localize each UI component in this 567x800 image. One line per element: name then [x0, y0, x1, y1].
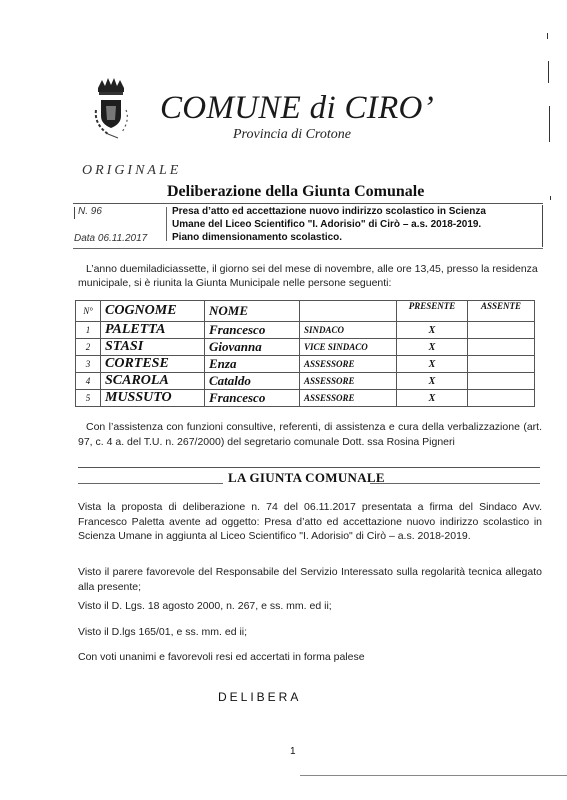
member-cognome: PALETTA [101, 322, 205, 339]
comune-title: COMUNE di CIRO’ [160, 90, 434, 127]
section-title: LA GIUNTA COMUNALE [228, 470, 385, 486]
scan-artifact-mark [550, 196, 551, 200]
deliberation-date: Data 06.11.2017 [74, 233, 147, 244]
column-header-nome: NOME [205, 301, 300, 322]
document-type-title: Deliberazione della Giunta Comunale [167, 183, 424, 201]
scan-artifact-mark [547, 33, 548, 39]
section-rule [370, 483, 540, 484]
coat-of-arms-icon [88, 76, 134, 142]
member-cognome: CORTESE [101, 356, 205, 373]
intro-paragraph: L’anno duemiladiciassette, il giorno sei… [78, 262, 548, 290]
member-number: 1 [76, 322, 101, 339]
table-header-row: N° COGNOME NOME PRESENTE ASSENTE [76, 301, 535, 322]
con-voti-paragraph: Con voti unanimi e favorevoli resi ed ac… [78, 650, 542, 665]
section-rule [78, 483, 223, 484]
member-nome: Francesco [205, 390, 300, 407]
vista-proposta-paragraph: Vista la proposta di deliberazione n. 74… [78, 500, 542, 544]
column-header-ruolo [300, 301, 397, 322]
subject-line: Piano dimensionamento scolastico. [172, 232, 342, 243]
visto-parere-paragraph: Visto il parere favorevole del Responsab… [78, 565, 542, 594]
members-table: N° COGNOME NOME PRESENTE ASSENTE 1PALETT… [75, 300, 535, 407]
column-header-number: N° [76, 301, 101, 322]
member-cognome: SCAROLA [101, 373, 205, 390]
table-row: 1PALETTAFrancescoSINDACOX [76, 322, 535, 339]
member-ruolo: ASSESSORE [300, 356, 397, 373]
scan-artifact-line [300, 775, 567, 776]
member-ruolo: ASSESSORE [300, 373, 397, 390]
member-ruolo: SINDACO [300, 322, 397, 339]
column-header-presente: PRESENTE [397, 301, 468, 322]
member-number: 3 [76, 356, 101, 373]
visto-dlgs-267-paragraph: Visto il D. Lgs. 18 agosto 2000, n. 267,… [78, 599, 542, 614]
member-cognome: STASI [101, 339, 205, 356]
table-row: 4SCAROLACataldoASSESSOREX [76, 373, 535, 390]
member-assente [468, 390, 535, 407]
subject-line: Umane del Liceo Scientifico "I. Adorisio… [172, 219, 481, 230]
visto-dlgs-165-paragraph: Visto il D.lgs 165/01, e ss. mm. ed ii; [78, 625, 542, 640]
table-row: 5MUSSUTOFrancescoASSESSOREX [76, 390, 535, 407]
reference-box-divider [166, 207, 167, 241]
member-ruolo: VICE SINDACO [300, 339, 397, 356]
delibera-heading: DELIBERA [218, 690, 301, 704]
member-presente: X [397, 390, 468, 407]
member-presente: X [397, 356, 468, 373]
column-header-assente: ASSENTE [468, 301, 535, 322]
member-nome: Giovanna [205, 339, 300, 356]
originale-label: ORIGINALE [82, 163, 181, 179]
reference-box-divider [74, 207, 75, 219]
member-nome: Enza [205, 356, 300, 373]
member-cognome: MUSSUTO [101, 390, 205, 407]
member-assente [468, 322, 535, 339]
member-presente: X [397, 322, 468, 339]
scan-artifact-mark [549, 106, 550, 142]
reference-box-divider [542, 205, 543, 247]
member-ruolo: ASSESSORE [300, 390, 397, 407]
scan-artifact-mark [548, 61, 549, 83]
member-nome: Cataldo [205, 373, 300, 390]
member-number: 5 [76, 390, 101, 407]
member-number: 2 [76, 339, 101, 356]
member-assente [468, 339, 535, 356]
member-number: 4 [76, 373, 101, 390]
subject-line: Presa d’atto ed accettazione nuovo indir… [172, 206, 486, 217]
table-row: 2STASIGiovannaVICE SINDACOX [76, 339, 535, 356]
page-number: 1 [290, 746, 296, 757]
member-presente: X [397, 373, 468, 390]
table-row: 3CORTESEEnzaASSESSOREX [76, 356, 535, 373]
member-nome: Francesco [205, 322, 300, 339]
member-assente [468, 356, 535, 373]
member-assente [468, 373, 535, 390]
column-header-cognome: COGNOME [101, 301, 205, 322]
provincia-subtitle: Provincia di Crotone [233, 127, 351, 143]
section-rule [78, 467, 540, 468]
assistenza-paragraph: Con l’assistenza con funzioni consultive… [78, 420, 542, 449]
deliberation-number: N. 96 [78, 206, 102, 217]
member-presente: X [397, 339, 468, 356]
